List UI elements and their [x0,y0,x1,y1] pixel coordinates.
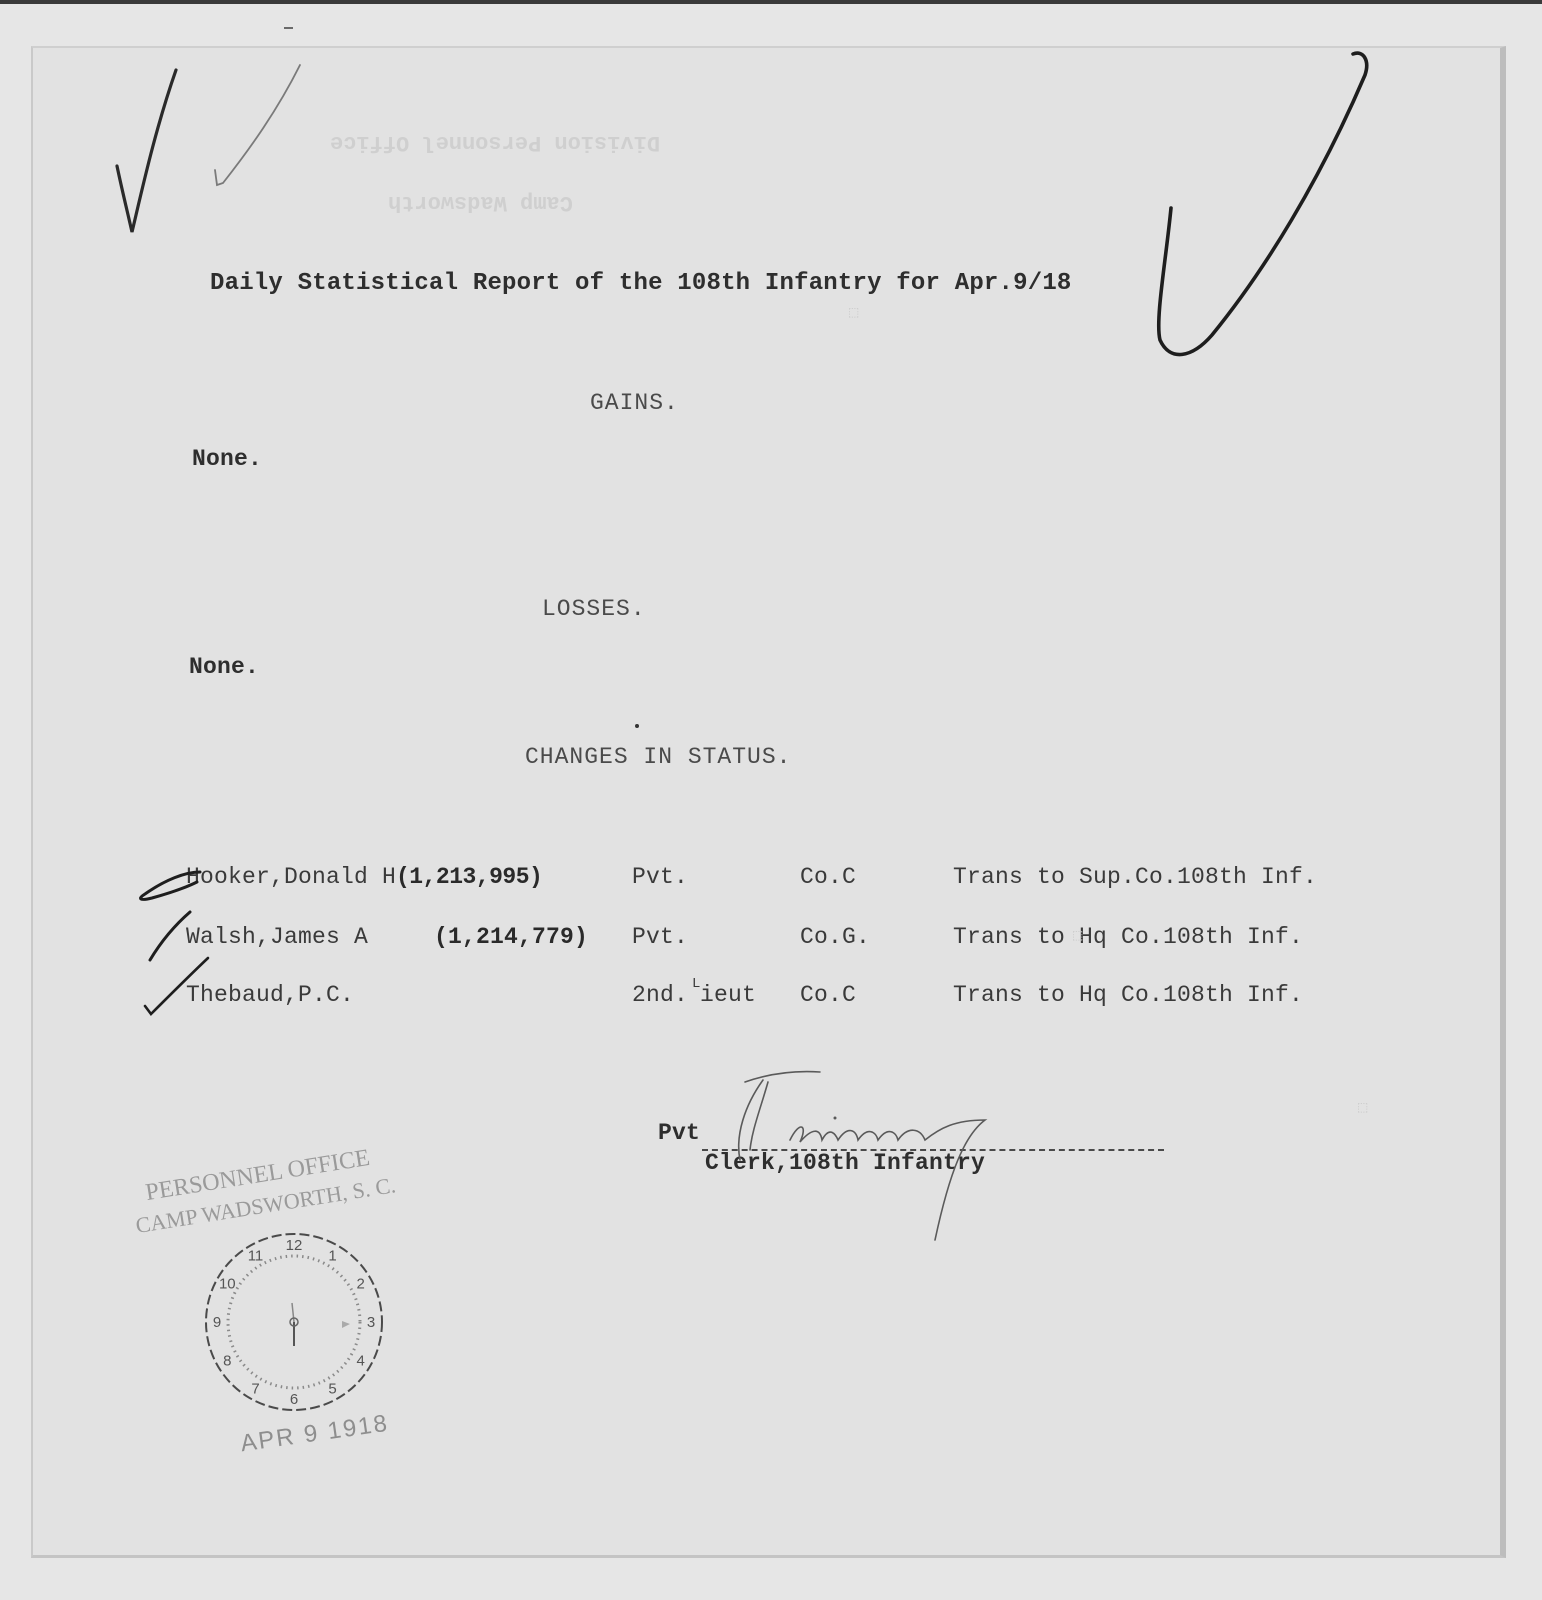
svg-text:1: 1 [328,1247,336,1264]
checkmark-icon [141,872,200,899]
checkmark-icon [215,65,300,185]
svg-text:11: 11 [248,1247,264,1264]
svg-text:8: 8 [223,1353,231,1370]
checkmark-icon [117,70,176,232]
checkmark-icon [145,958,208,1014]
svg-text:12: 12 [286,1237,303,1254]
stamp-clock: 121234567891011 [200,1228,390,1418]
checkmark-icon [150,912,190,960]
checkmark-icon [1159,53,1367,354]
svg-text:2: 2 [357,1276,365,1293]
svg-text:9: 9 [213,1314,221,1331]
svg-text:5: 5 [328,1381,336,1398]
svg-text:10: 10 [219,1276,236,1293]
svg-text:4: 4 [357,1353,365,1370]
signature-handwritten: Tierney [760,1095,876,1130]
svg-text:7: 7 [251,1381,259,1398]
svg-text:6: 6 [290,1391,298,1408]
svg-text:3: 3 [367,1314,375,1331]
